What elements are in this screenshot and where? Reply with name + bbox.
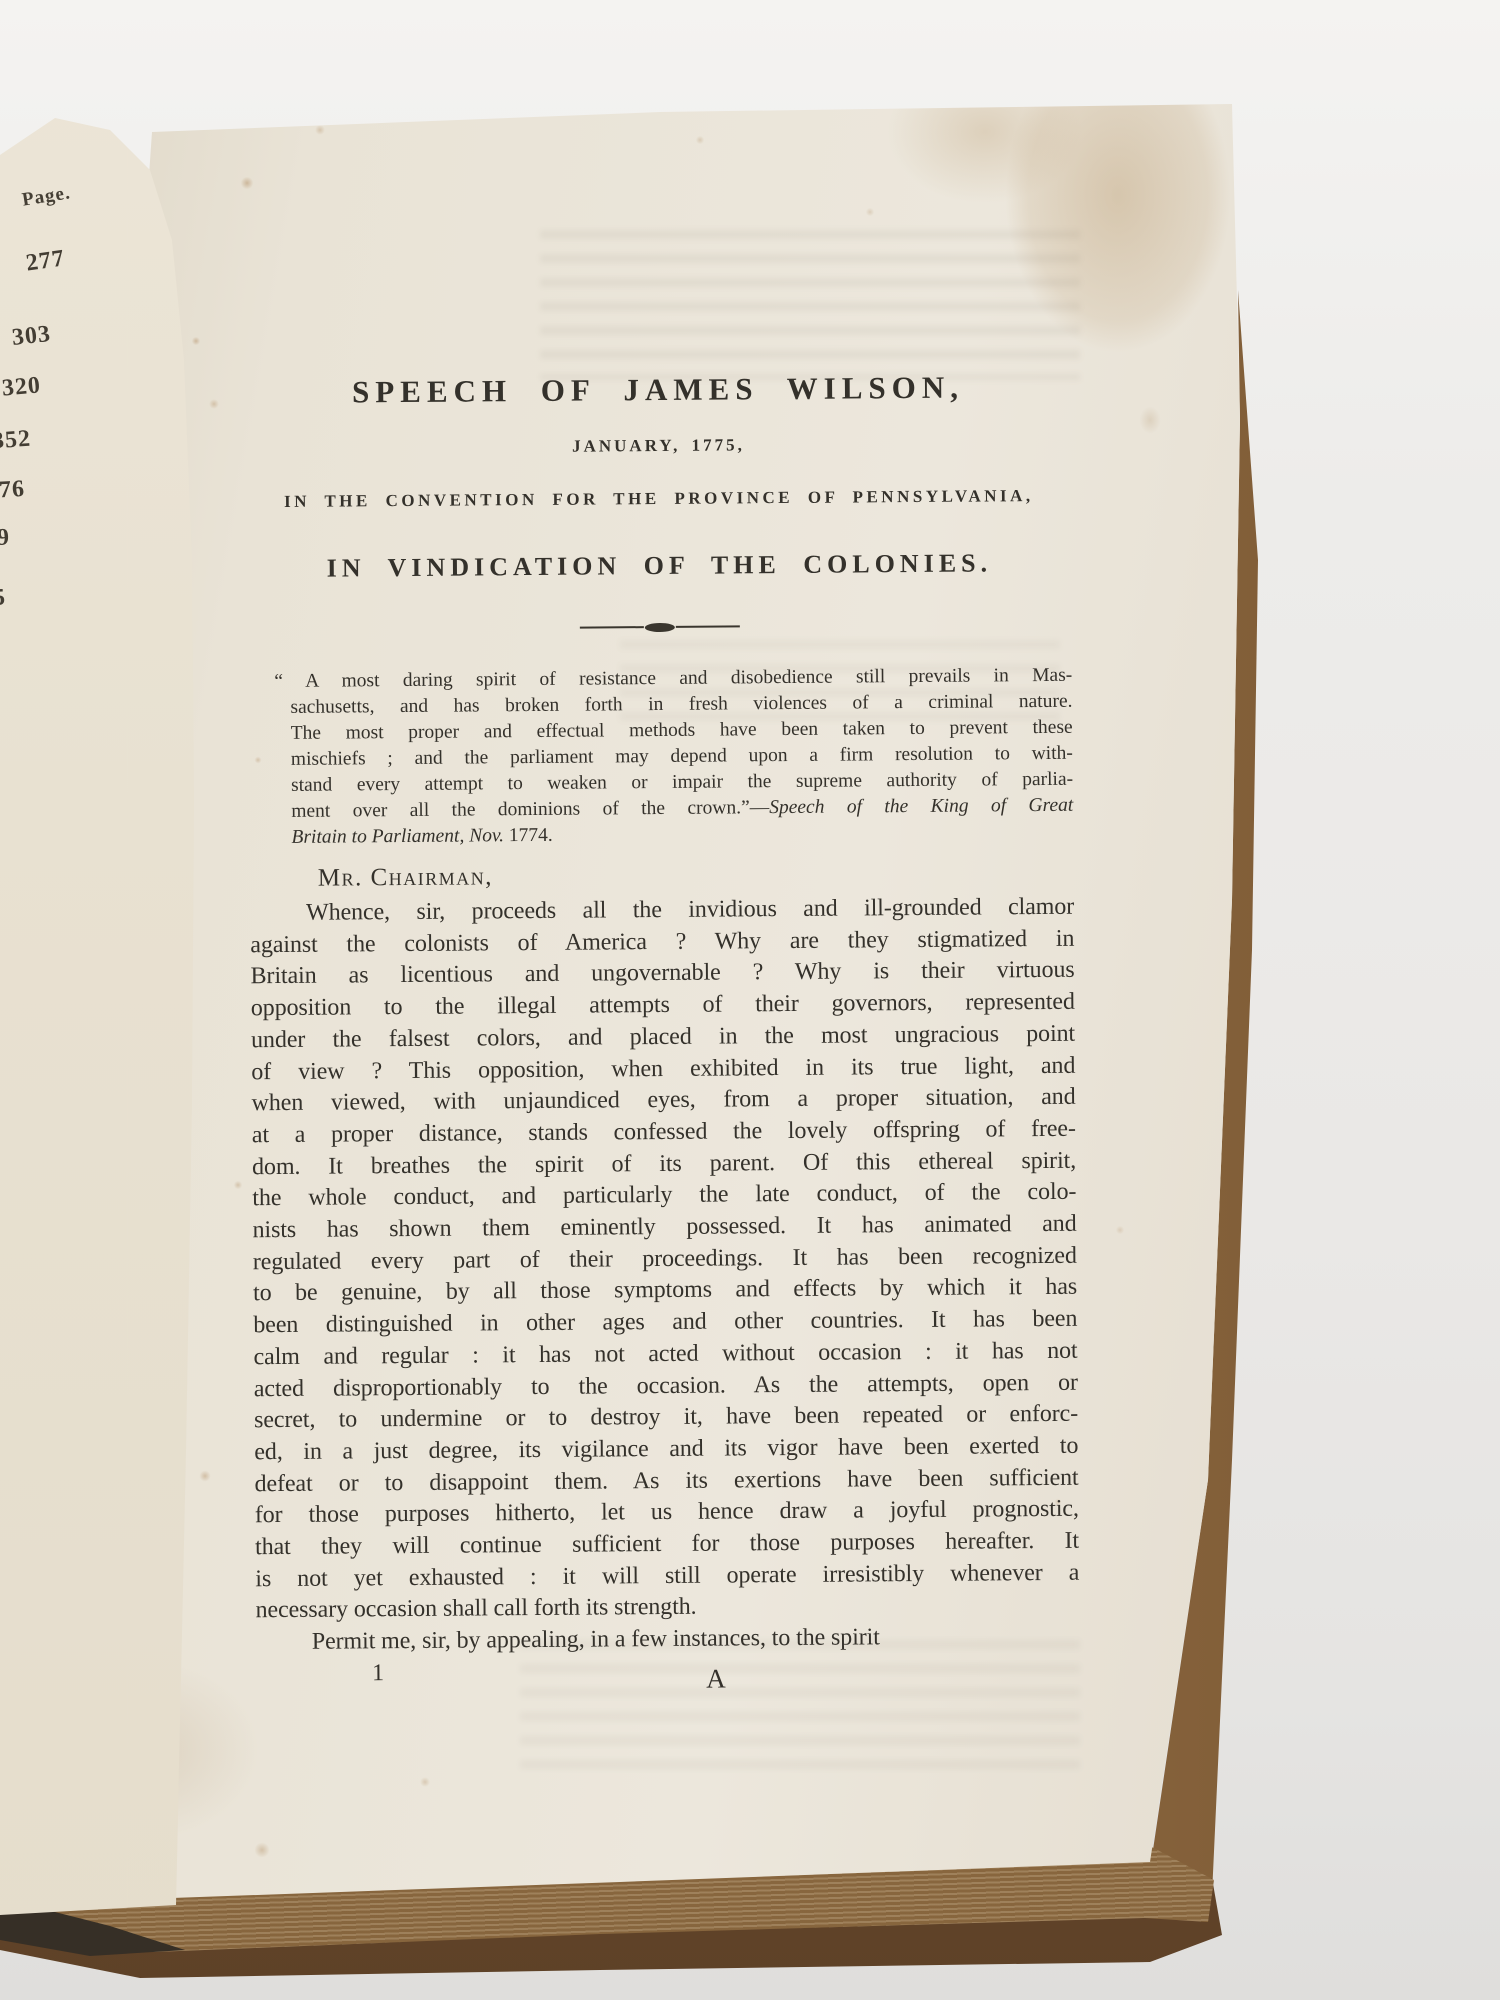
contents-page-number: 303 — [11, 321, 53, 352]
contents-page-number: 376 — [0, 476, 26, 505]
contents-page-number: 352 — [0, 426, 32, 456]
contents-page-number: 35 — [0, 585, 6, 613]
contents-page-number: 277 — [24, 245, 66, 277]
contents-page-number: 09 — [0, 524, 11, 552]
contents-page-numbers: 277303320352376093515 — [0, 0, 1500, 2000]
contents-page-number: 320 — [1, 372, 42, 402]
book-photo: SPEECH OF JAMES WILSON, JANUARY, 1775, I… — [0, 0, 1500, 2000]
